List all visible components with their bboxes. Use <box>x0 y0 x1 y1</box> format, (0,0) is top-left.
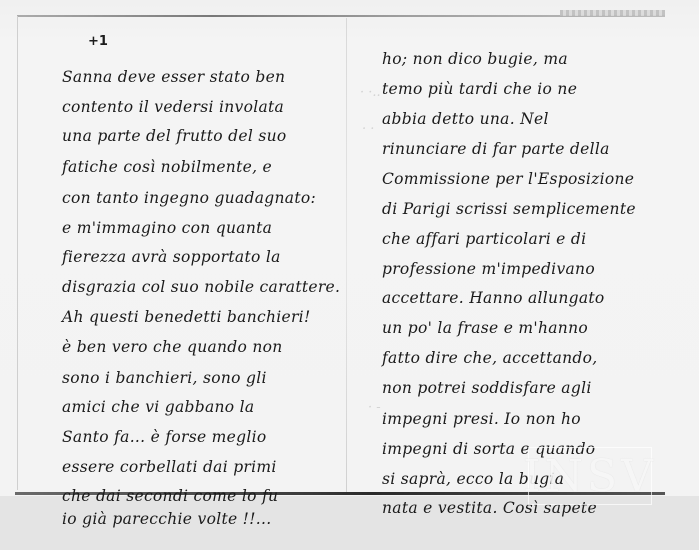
handwritten-line: di Parigi scrissi semplicemente <box>382 200 636 218</box>
handwritten-line: professione m'impedivano <box>382 260 595 278</box>
scanned-letter: · ·.. . . · - +1 Sanna deve esser stato … <box>0 0 699 550</box>
center-fold <box>346 18 347 492</box>
handwritten-line: una parte del frutto del suo <box>62 127 287 145</box>
handwritten-line: temo più tardi che io ne <box>382 80 577 98</box>
page-number-mark: +1 <box>88 34 108 49</box>
handwritten-line: non potrei soddisfare agli <box>382 379 592 397</box>
handwritten-line: accettare. Hanno allungato <box>382 289 605 307</box>
handwritten-line: essere corbellati dai primi <box>62 458 277 476</box>
bleed-through-mark: . . <box>362 118 374 133</box>
handwritten-line: e m'immagino con quanta <box>62 219 272 237</box>
handwritten-line: fatto dire che, accettando, <box>382 349 598 367</box>
handwritten-line: fierezza avrà sopportato la <box>62 248 281 266</box>
bleed-through-mark: · - <box>368 400 381 415</box>
handwritten-line: con tanto ingegno guadagnato: <box>62 189 316 207</box>
handwritten-line: Ah questi benedetti banchieri! <box>62 308 310 326</box>
handwritten-line: è ben vero che quando non <box>62 338 283 356</box>
handwritten-line: contento il vedersi involata <box>62 98 284 116</box>
handwritten-line: ho; non dico bugie, ma <box>382 50 568 68</box>
handwritten-line: impegni presi. Io non ho <box>382 410 581 428</box>
handwritten-line: disgrazia col suo nobile carattere. <box>62 278 340 296</box>
handwritten-line: rinunciare di far parte della <box>382 140 610 158</box>
watermark-logo: INSV <box>528 447 652 505</box>
handwritten-line: fatiche così nobilmente, e <box>62 158 272 176</box>
handwritten-line: amici che vi gabbano la <box>62 398 254 416</box>
bleed-through-mark: · ·.. <box>360 85 381 100</box>
frame-left-edge <box>17 16 18 490</box>
frame-top-right-edge <box>560 10 665 16</box>
handwritten-line: abbia detto una. Nel <box>382 110 549 128</box>
handwritten-line: Santo fa... è forse meglio <box>62 428 267 446</box>
handwritten-line: che dai secondi come lo fu <box>62 487 278 505</box>
handwritten-line: Sanna deve esser stato ben <box>62 68 285 86</box>
handwritten-line: che affari particolari e di <box>382 230 586 248</box>
handwritten-line: sono i banchieri, sono gli <box>62 369 267 387</box>
handwritten-line: io già parecchie volte !!... <box>62 510 271 528</box>
handwritten-line: un po' la frase e m'hanno <box>382 319 588 337</box>
handwritten-line: Commissione per l'Esposizione <box>382 170 634 188</box>
